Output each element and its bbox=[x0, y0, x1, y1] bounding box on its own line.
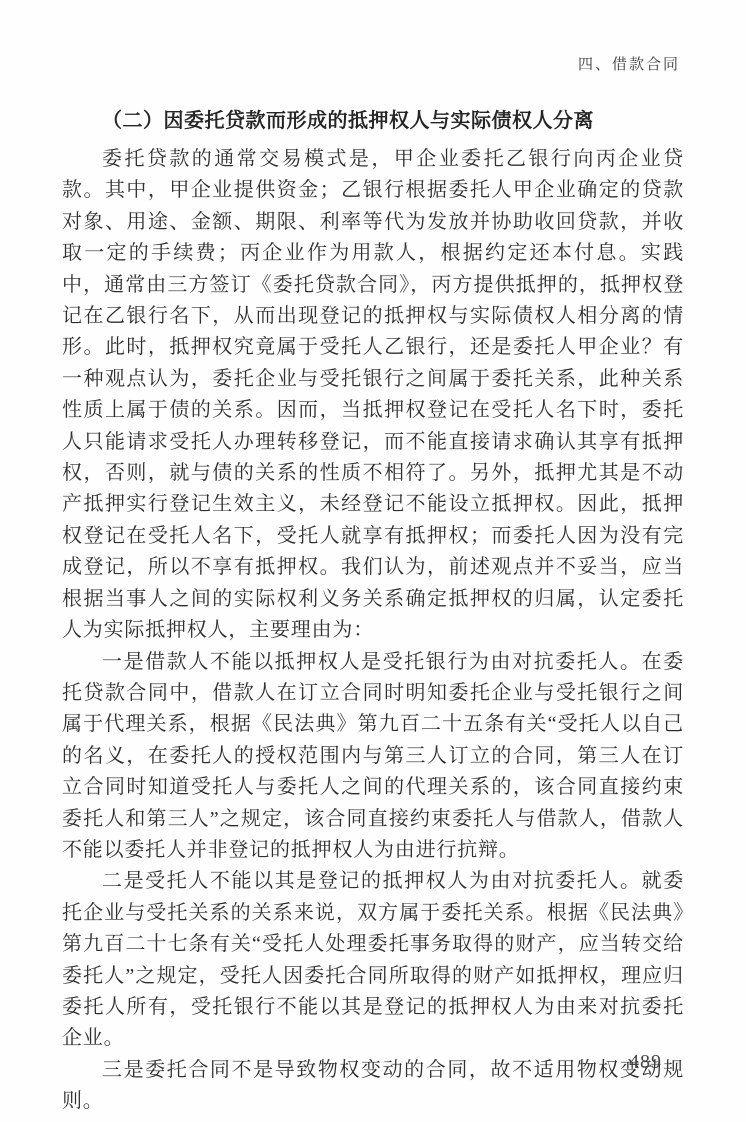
book-page: 四、借款合同 （二）因委托贷款而形成的抵押权人与实际债权人分离 委托贷款的通常交… bbox=[0, 0, 746, 1122]
section-heading: （二）因委托贷款而形成的抵押权人与实际债权人分离 bbox=[62, 108, 684, 134]
body-paragraph: 三是委托合同不是导致物权变动的合同，故不适用物权变动规则。 bbox=[62, 1055, 684, 1118]
body-paragraph: 二是受托人不能以其是登记的抵押权人为由对抗委托人。就委托企业与受托关系的关系来说… bbox=[62, 866, 684, 1054]
page-content: （二）因委托贷款而形成的抵押权人与实际债权人分离 委托贷款的通常交易模式是，甲企… bbox=[62, 108, 684, 1118]
body-paragraph: 委托贷款的通常交易模式是，甲企业委托乙银行向丙企业贷款。其中，甲企业提供资金；乙… bbox=[62, 144, 684, 647]
running-header: 四、借款合同 bbox=[578, 53, 680, 74]
page-number: 489 bbox=[629, 1051, 662, 1074]
body-paragraph: 一是借款人不能以抵押权人是受托银行为由对抗委托人。在委托贷款合同中，借款人在订立… bbox=[62, 647, 684, 867]
running-header-title: 四、借款合同 bbox=[578, 57, 680, 73]
